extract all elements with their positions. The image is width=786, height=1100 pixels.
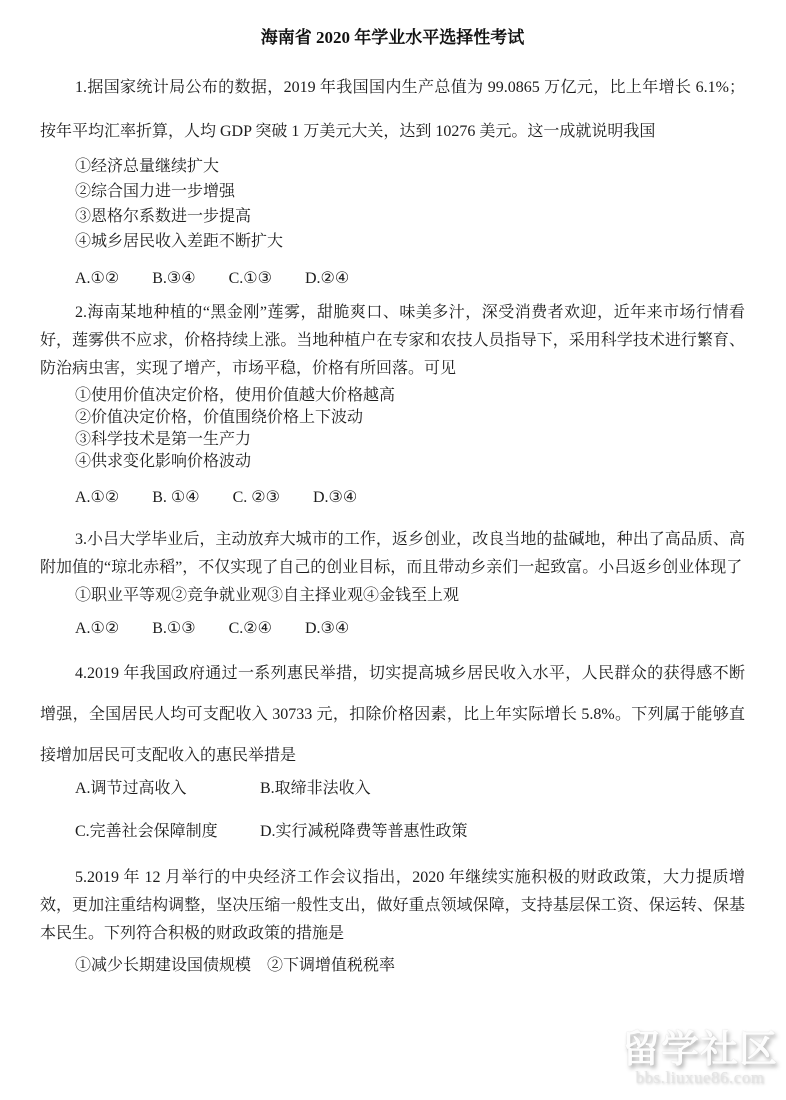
list-item: ②价值决定价格，价值围绕价格上下波动 bbox=[75, 407, 745, 429]
question-stem: 5.2019 年 12 月举行的中央经济工作会议指出，2020 年继续实施积极的… bbox=[40, 864, 745, 948]
answer-choice: D.③④ bbox=[313, 485, 357, 510]
answer-choice: A.①② bbox=[75, 485, 119, 510]
question-items-inline: ①减少长期建设国债规模 ②下调增值税税率 bbox=[40, 954, 745, 978]
answer-choice: A.调节过高收入 bbox=[75, 776, 260, 801]
answer-choice-row: C.完善社会保障制度D.实行减税降费等普惠性政策 bbox=[75, 819, 745, 844]
question-items-inline: ①职业平等观②竞争就业观③自主择业观④金钱至上观 bbox=[40, 584, 745, 608]
watermark-site-name: 留学社区 bbox=[622, 1031, 778, 1069]
answer-choice-rows: A.调节过高收入B.取缔非法收入C.完善社会保障制度D.实行减税降费等普惠性政策 bbox=[40, 776, 745, 844]
answer-choice: D.②④ bbox=[305, 266, 349, 291]
list-item: ④供求变化影响价格波动 bbox=[75, 451, 745, 473]
answer-choice: C.①③ bbox=[229, 266, 272, 291]
list-item: ①使用价值决定价格，使用价值越大价格越高 bbox=[75, 385, 745, 407]
answer-choice: C.②④ bbox=[229, 616, 272, 641]
watermark-site-url: bbs.liuxue86.com bbox=[622, 1069, 778, 1087]
list-item: ③科学技术是第一生产力 bbox=[75, 429, 745, 451]
answer-choices: A.①②B.③④C.①③D.②④ bbox=[40, 266, 745, 291]
question: 2.海南某地种植的“黑金刚”莲雾，甜脆爽口、味美多汁，深受消费者欢迎，近年来市场… bbox=[40, 299, 745, 510]
page-title: 海南省 2020 年学业水平选择性考试 bbox=[40, 26, 745, 50]
answer-choice: B. ①④ bbox=[152, 485, 199, 510]
list-item: ③恩格尔系数进一步提高 bbox=[75, 204, 745, 229]
answer-choices: A.①②B.①③C.②④D.③④ bbox=[40, 616, 745, 641]
answer-choice: D.③④ bbox=[305, 616, 349, 641]
question-stem: 2.海南某地种植的“黑金刚”莲雾，甜脆爽口、味美多汁，深受消费者欢迎，近年来市场… bbox=[40, 299, 745, 383]
answer-choice: A.①② bbox=[75, 266, 119, 291]
answer-choice: C. ②③ bbox=[233, 485, 280, 510]
answer-choice: D.实行减税降费等普惠性政策 bbox=[260, 823, 468, 840]
list-item: ①经济总量继续扩大 bbox=[75, 154, 745, 179]
answer-choices: A.①②B. ①④C. ②③D.③④ bbox=[40, 485, 745, 510]
list-item: ②综合国力进一步增强 bbox=[75, 179, 745, 204]
exam-content: 海南省 2020 年学业水平选择性考试 1.据国家统计局公布的数据，2019 年… bbox=[0, 0, 786, 978]
question-items: ①使用价值决定价格，使用价值越大价格越高②价值决定价格，价值围绕价格上下波动③科… bbox=[40, 385, 745, 473]
question: 5.2019 年 12 月举行的中央经济工作会议指出，2020 年继续实施积极的… bbox=[40, 864, 745, 978]
question: 4.2019 年我国政府通过一系列惠民举措，切实提高城乡居民收入水平，人民群众的… bbox=[40, 653, 745, 844]
question-items: ①经济总量继续扩大②综合国力进一步增强③恩格尔系数进一步提高④城乡居民收入差距不… bbox=[40, 154, 745, 254]
question: 3.小吕大学毕业后，主动放弃大城市的工作，返乡创业，改良当地的盐碱地，种出了高品… bbox=[40, 526, 745, 641]
answer-choice: C.完善社会保障制度 bbox=[75, 819, 260, 844]
list-item: ④城乡居民收入差距不断扩大 bbox=[75, 229, 745, 254]
answer-choice: A.①② bbox=[75, 616, 119, 641]
answer-choice: B.①③ bbox=[152, 616, 195, 641]
question-stem: 3.小吕大学毕业后，主动放弃大城市的工作，返乡创业，改良当地的盐碱地，种出了高品… bbox=[40, 526, 745, 582]
answer-choice: B.③④ bbox=[152, 266, 195, 291]
answer-choice: B.取缔非法收入 bbox=[260, 780, 371, 797]
question: 1.据国家统计局公布的数据，2019 年我国国内生产总值为 99.0865 万亿… bbox=[40, 66, 745, 291]
watermark: 留学社区 bbs.liuxue86.com bbox=[622, 1031, 778, 1087]
question-stem: 4.2019 年我国政府通过一系列惠民举措，切实提高城乡居民收入水平，人民群众的… bbox=[40, 653, 745, 776]
exam-page: { "page": { "title": "海南省 2020 年学业水平选择性考… bbox=[0, 0, 786, 1100]
answer-choice-row: A.调节过高收入B.取缔非法收入 bbox=[75, 776, 745, 801]
question-stem: 1.据国家统计局公布的数据，2019 年我国国内生产总值为 99.0865 万亿… bbox=[40, 66, 745, 154]
questions-container: 1.据国家统计局公布的数据，2019 年我国国内生产总值为 99.0865 万亿… bbox=[40, 66, 745, 978]
